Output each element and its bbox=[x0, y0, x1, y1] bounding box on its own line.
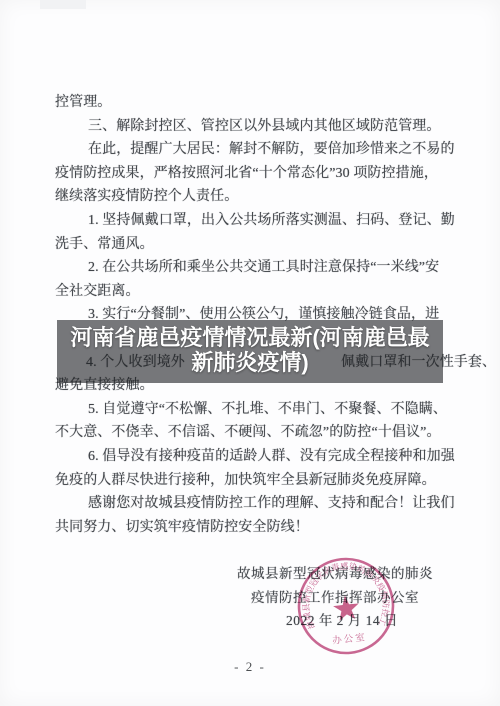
document-photo: 控管理。 三、解除封控区、管控区以外县域内其他区域防范管理。 在此，提醒广大居民… bbox=[0, 0, 500, 706]
seal-ring-text: 故城县新型冠状病毒感染的肺炎疫情防控工作指挥部 bbox=[291, 551, 394, 637]
doc-line: 1. 坚持佩戴口罩，出入公共场所落实测温、扫码、登记、勤 bbox=[55, 209, 461, 233]
doc-line: 疫情防控成果，严格按照河北省“十个常态化”30 项防控措施， bbox=[55, 162, 461, 186]
doc-line: 三、解除封控区、管控区以外县域内其他区域防范管理。 bbox=[55, 115, 461, 139]
doc-line: 控管理。 bbox=[55, 91, 461, 115]
scan-artifact bbox=[40, 0, 86, 9]
doc-line: 感谢您对故城县疫情防控工作的理解、支持和配合！让我们 bbox=[55, 492, 461, 516]
doc-line: 共同努力、切实筑牢疫情防控安全防线！ bbox=[55, 516, 461, 540]
official-seal-stamp: 故城县新型冠状病毒感染的肺炎疫情防控工作指挥部 办公室 bbox=[291, 551, 401, 661]
doc-line: 免疫的人群尽快进行接种，加快筑牢全县新冠肺炎免疫屏障。 bbox=[55, 469, 461, 493]
doc-line: 不大意、不侥幸、不信谣、不硬闯、不疏忽”的防控“十倡议”。 bbox=[55, 421, 461, 445]
headline-line1: 河南省鹿邑疫情情况最新(河南鹿邑最 bbox=[57, 325, 443, 350]
doc-line: 洗手、常通风。 bbox=[55, 233, 461, 257]
page-number: - 2 - bbox=[0, 659, 500, 675]
headline-line2: 新肺炎疫情) bbox=[57, 350, 443, 375]
headline-overlay-banner: 河南省鹿邑疫情情况最新(河南鹿邑最 新肺炎疫情) bbox=[57, 320, 443, 383]
doc-line: 2. 在公共场所和乘坐公共交通工具时注意保持“一米线”安 bbox=[55, 256, 461, 280]
document-body: 控管理。 三、解除封控区、管控区以外县域内其他区域防范管理。 在此，提醒广大居民… bbox=[55, 91, 461, 539]
doc-line: 在此，提醒广大居民：解封不解防，要倍加珍惜来之不易的 bbox=[55, 138, 461, 162]
doc-line: 继续落实疫情防控个人责任。 bbox=[55, 185, 461, 209]
doc-line: 全社交距离。 bbox=[55, 280, 461, 304]
seal-star-icon bbox=[332, 594, 360, 621]
seal-inner-text: 办公室 bbox=[332, 631, 368, 647]
doc-line: 5. 自觉遵守“不松懈、不扎堆、不串门、不聚餐、不隐瞒、 bbox=[55, 398, 461, 422]
doc-line: 6. 倡导没有接种疫苗的适龄人群、没有完成全程接种和加强 bbox=[55, 445, 461, 469]
